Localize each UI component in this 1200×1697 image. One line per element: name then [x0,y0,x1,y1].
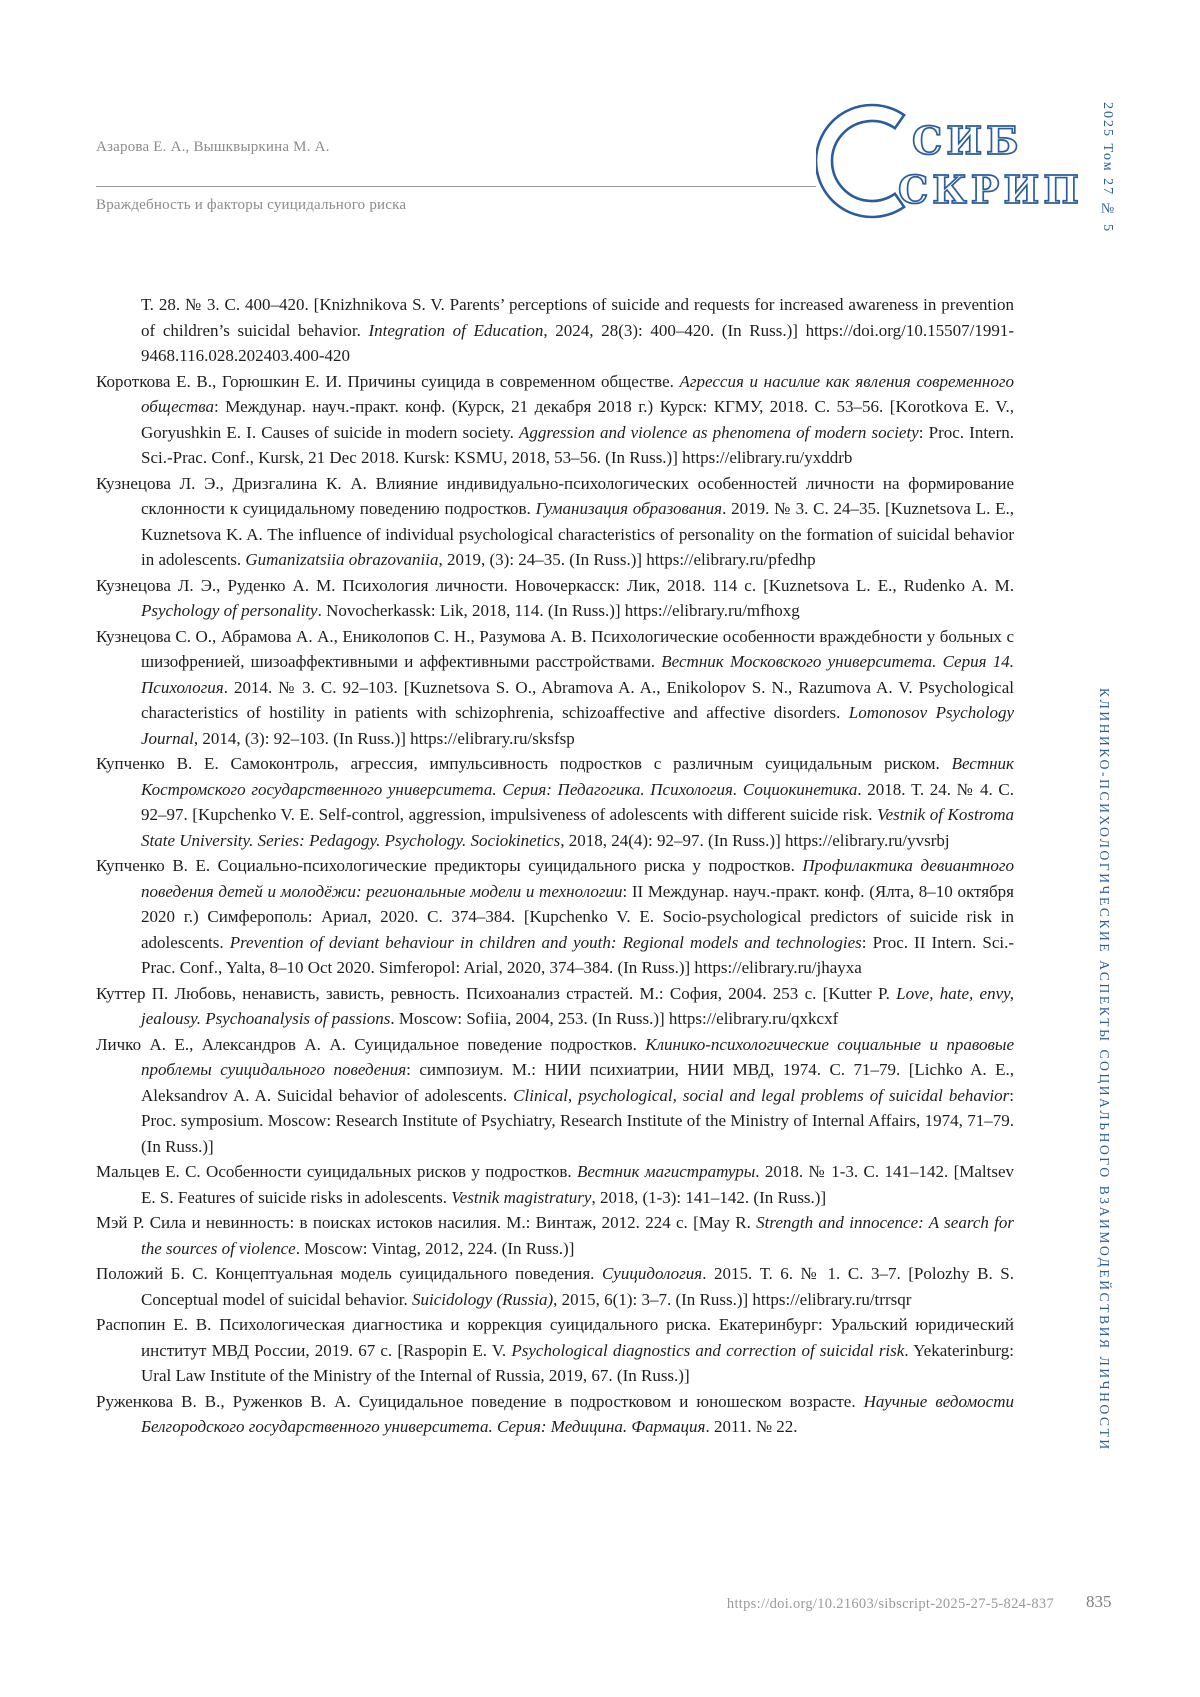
logo-line2: СКРИПТ [898,167,1078,212]
reference-entry: Руженкова В. В., Руженков В. А. Суицидал… [96,1389,1014,1440]
reference-entry: Короткова Е. В., Горюшкин Е. И. Причины … [96,369,1014,471]
reference-entry: Купченко В. Е. Самоконтроль, агрессия, и… [96,751,1014,853]
logo-c-icon [816,105,904,217]
reference-entry: Т. 28. № 3. С. 400–420. [Knizhnikova S. … [96,292,1014,369]
reference-entry: Купченко В. Е. Социально-психологические… [96,853,1014,981]
section-label-vertical: КЛИНИКО-ПСИХОЛОГИЧЕСКИЕ АСПЕКТЫ СОЦИАЛЬН… [1096,688,1112,1568]
reference-entry: Кузнецова Л. Э., Дризгалина К. А. Влияни… [96,471,1014,573]
reference-entry: Кузнецова Л. Э., Руденко А. М. Психологи… [96,573,1014,624]
reference-entry: Личко А. Е., Александров А. А. Суицидаль… [96,1032,1014,1160]
issue-label-vertical: 2025 Том 27 № 5 [1099,102,1115,252]
reference-entry: Мэй Р. Сила и невинность: в поисках исто… [96,1210,1014,1261]
logo-line1: СИБ [912,118,1023,163]
header-divider [96,186,816,187]
reference-entry: Куттер П. Любовь, ненависть, зависть, ре… [96,981,1014,1032]
references-list: Т. 28. № 3. С. 400–420. [Knizhnikova S. … [96,292,1014,1440]
running-head-authors: Азарова Е. А., Вышквыркина М. А. [96,139,330,156]
sibscript-logo: СИБ СКРИПТ [816,97,1078,229]
running-head-article-title: Враждебность и факторы суицидального рис… [96,197,406,214]
journal-page: Азарова Е. А., Вышквыркина М. А. Враждеб… [0,0,1200,1697]
footer-doi: https://doi.org/10.21603/sibscript-2025-… [727,1596,1054,1613]
reference-entry: Распопин Е. В. Психологическая диагности… [96,1312,1014,1389]
reference-entry: Кузнецова С. О., Абрамова А. А., Ениколо… [96,624,1014,752]
reference-entry: Мальцев Е. С. Особенности суицидальных р… [96,1159,1014,1210]
reference-entry: Положий Б. С. Концептуальная модель суиц… [96,1261,1014,1312]
page-number: 835 [1086,1592,1112,1612]
